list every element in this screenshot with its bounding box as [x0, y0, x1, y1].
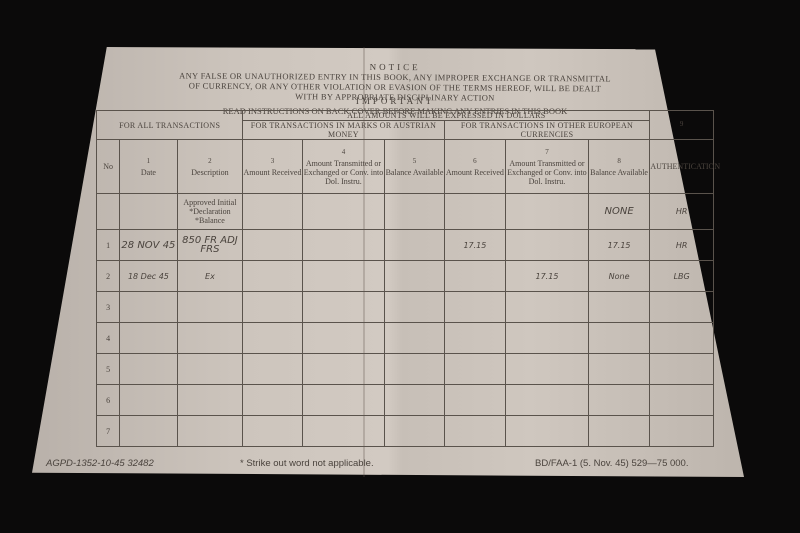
- row-date: 28 NOV 45: [120, 230, 177, 261]
- column-header-date: 1Date: [120, 140, 177, 194]
- row-amount-transmitted-other: [506, 230, 589, 261]
- table-row: 4: [97, 323, 714, 354]
- table-row: 3: [97, 292, 714, 323]
- row-authentication: LBG: [650, 261, 714, 292]
- form-code-left: AGPD-1352-10-45 32482: [46, 458, 154, 469]
- initial-balance-other: NONE: [588, 194, 650, 230]
- initial-authentication: HR: [650, 194, 714, 230]
- strike-out-footnote: * Strike out word not applicable.: [240, 458, 374, 469]
- table-row: 1 28 NOV 45 850 FR ADJ FRS 17.15 17.15 H…: [97, 230, 714, 261]
- column-header-amount-received-marks: 3Amount Received: [243, 140, 302, 194]
- column-header-authentication: AUTHENTICATION: [650, 140, 714, 194]
- row-description: 850 FR ADJ FRS: [177, 230, 243, 261]
- table-row: 6: [97, 385, 714, 416]
- group-header-marks: FOR TRANSACTIONS IN MARKS OR AUSTRIAN MO…: [243, 121, 444, 140]
- important-title: IMPORTANT: [140, 96, 650, 106]
- group-header-dollars: ALL AMOUNTS WILL BE EXPRESSED IN DOLLARS: [243, 111, 650, 121]
- column-header-amount-received-other: 6Amount Received: [444, 140, 505, 194]
- row-authentication: HR: [650, 230, 714, 261]
- column-header-balance-marks: 5Balance Available: [385, 140, 444, 194]
- group-header-other-currencies: FOR TRANSACTIONS IN OTHER EUROPEAN CURRE…: [444, 121, 650, 140]
- row-amount-received-other: 17.15: [444, 230, 505, 261]
- table-row: 2 18 Dec 45 Ex 17.15 None LBG: [97, 261, 714, 292]
- row-amount-transmitted-other: 17.15: [506, 261, 589, 292]
- column-header-amount-transmitted-other: 7Amount Transmitted or Exchanged or Conv…: [506, 140, 589, 194]
- row-amount-received-other: [444, 261, 505, 292]
- initial-balance-row: Approved Initial *Declaration *Balance N…: [97, 194, 714, 230]
- transactions-form: FOR ALL TRANSACTIONS ALL AMOUNTS WILL BE…: [96, 110, 714, 450]
- column-header-no: No: [97, 140, 120, 194]
- column-header-amount-transmitted-marks: 4Amount Transmitted or Exchanged or Conv…: [302, 140, 385, 194]
- table-row: 7: [97, 416, 714, 447]
- table-row: 5: [97, 354, 714, 385]
- group-header-all-transactions: FOR ALL TRANSACTIONS: [97, 111, 243, 140]
- row-balance-other: 17.15: [588, 230, 650, 261]
- column-header-balance-other: 8Balance Available: [588, 140, 650, 194]
- row-description: Ex: [177, 261, 243, 292]
- column-number-9: 9: [650, 111, 714, 140]
- transactions-table: FOR ALL TRANSACTIONS ALL AMOUNTS WILL BE…: [96, 110, 714, 447]
- row-date: 18 Dec 45: [120, 261, 177, 292]
- row-balance-other: None: [588, 261, 650, 292]
- column-header-description: 2Description: [177, 140, 243, 194]
- initial-declaration-label: Approved Initial *Declaration *Balance: [177, 194, 243, 230]
- form-code-right: BD/FAA-1 (5. Nov. 45) 529—75 000.: [535, 458, 688, 469]
